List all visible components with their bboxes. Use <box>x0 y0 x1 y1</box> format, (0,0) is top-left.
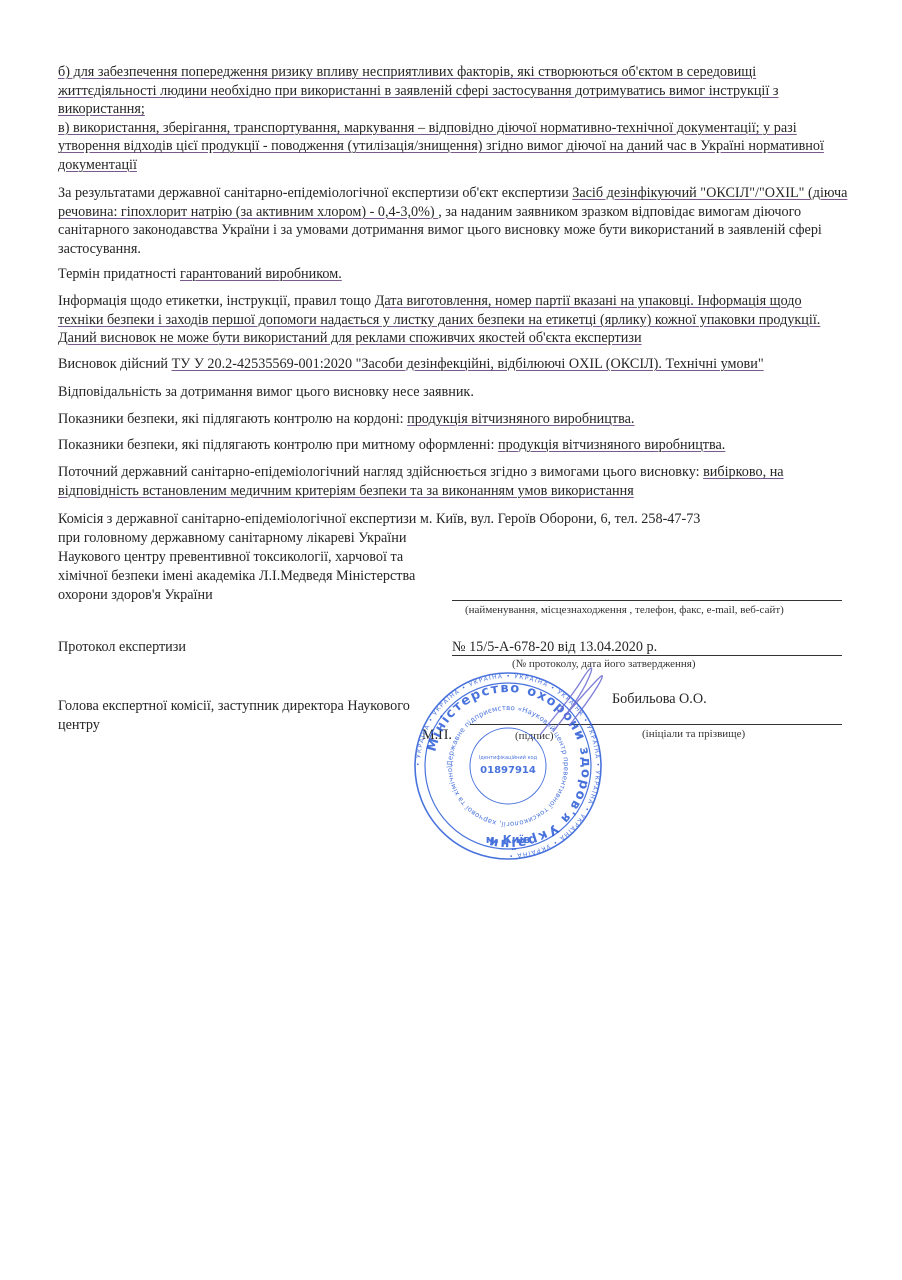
validity-prefix: Висновок дійсний <box>58 356 172 372</box>
customs-control-prefix: Показники безпеки, які підлягають контро… <box>58 437 498 453</box>
supervision-prefix: Поточний державний санітарно-епідеміолог… <box>58 464 703 480</box>
label-info: Інформація щодо етикетки, інструкції, пр… <box>58 292 848 348</box>
conditions-block: б) для забезпечення попередження ризику … <box>58 63 848 175</box>
stamp-city: м. Київ <box>486 833 530 846</box>
commission-line-5: охорони здоров'я України <box>58 586 213 605</box>
head-name: Бобильова О.О. <box>612 690 707 709</box>
bleed-through-artifact <box>120 10 820 40</box>
protocol-label: Протокол експертизи <box>58 638 186 657</box>
commission-line-1: Комісія з державної санітарно-епідеміоло… <box>58 510 700 529</box>
validity: Висновок дійсний ТУ У 20.2-42535569-001:… <box>58 355 848 374</box>
head-title-line-2: центру <box>58 716 100 735</box>
condition-b: б) для забезпечення попередження ризику … <box>58 63 848 119</box>
responsibility: Відповідальність за дотримання вимог цьо… <box>58 383 848 402</box>
commission-line-2: при головному державному санітарному лік… <box>58 529 406 548</box>
commission-line-4: хімічної безпеки імені академіка Л.І.Мед… <box>58 567 415 586</box>
expertise-result: За результатами державної санітарно-епід… <box>58 184 848 258</box>
label-info-prefix: Інформація щодо етикетки, інструкції, пр… <box>58 293 375 309</box>
stamp-code-label: Ідентифікаційний код <box>479 754 538 761</box>
shelf-life-value: гарантований виробником. <box>180 266 342 282</box>
result-prefix: За результатами державної санітарно-епід… <box>58 185 572 201</box>
stamp-code: 01897914 <box>480 765 536 776</box>
commission-signature-line <box>452 600 842 601</box>
condition-v: в) використання, зберігання, транспортув… <box>58 119 848 175</box>
responsibility-text: Відповідальність за дотримання вимог цьо… <box>58 383 848 402</box>
customs-control-value: продукція вітчизняного виробництва. <box>498 437 725 453</box>
commission-caption: (найменування, місцезнаходження , телефо… <box>465 604 784 617</box>
shelf-life-label: Термін придатності <box>58 266 180 282</box>
validity-value: ТУ У 20.2-42535569-001:2020 "Засоби дезі… <box>172 356 764 372</box>
document-page: б) для забезпечення попередження ризику … <box>0 0 902 1280</box>
signature-icon <box>535 660 615 740</box>
customs-control: Показники безпеки, які підлягають контро… <box>58 436 848 455</box>
border-control-prefix: Показники безпеки, які підлягають контро… <box>58 411 407 427</box>
head-title-line-1: Голова експертної комісії, заступник дир… <box>58 697 410 716</box>
border-control-value: продукція вітчизняного виробництва. <box>407 411 634 427</box>
shelf-life: Термін придатності гарантований виробник… <box>58 265 848 284</box>
supervision: Поточний державний санітарно-епідеміолог… <box>58 463 848 500</box>
protocol-line <box>452 655 842 656</box>
commission-line-3: Наукового центру превентивної токсиколог… <box>58 548 403 567</box>
name-caption: (ініціали та прізвище) <box>642 728 745 741</box>
border-control: Показники безпеки, які підлягають контро… <box>58 410 848 429</box>
protocol-value: № 15/5-А-678-20 від 13.04.2020 р. <box>452 638 657 657</box>
